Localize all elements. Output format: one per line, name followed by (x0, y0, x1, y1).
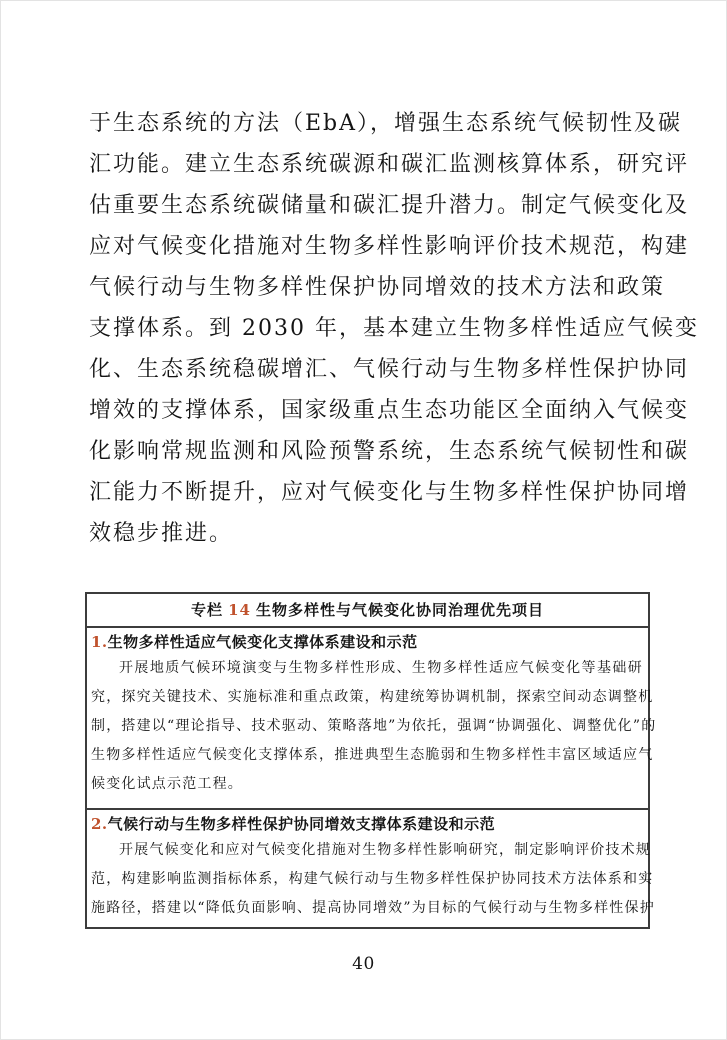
paragraph-line: 效稳步推进。 (89, 513, 652, 554)
section-1-line: 究，探究关键技术、实施标准和重点政策，构建统筹协调机制，探索空间动态调整机 (91, 683, 643, 712)
section-2-heading-text: 气候行动与生物多样性保护协同增效支撑体系建设和示范 (108, 815, 496, 833)
paragraph-line: 化影响常规监测和风险预警系统，生态系统气候韧性和碳 (89, 431, 652, 472)
box-title-prefix: 专栏 (191, 601, 223, 619)
paragraph-line: 支撑体系。到 2030 年，基本建立生物多样性适应气候变 (89, 308, 652, 349)
main-paragraph: 于生态系统的方法（EbA），增强生态系统气候韧性及碳 汇功能。建立生态系统碳源和… (89, 103, 652, 554)
section-1-line: 开展地质气候环境演变与生物多样性形成、生物多样性适应气候变化等基础研 (91, 654, 643, 683)
section-2-number: 2. (91, 815, 108, 833)
paragraph-line: 应对气候变化措施对生物多样性影响评价技术规范，构建 (89, 226, 652, 267)
paragraph-line: 汇功能。建立生态系统碳源和碳汇监测核算体系，研究评 (89, 144, 652, 185)
paragraph-line: 汇能力不断提升，应对气候变化与生物多样性保护协同增 (89, 472, 652, 513)
box-title: 专栏14生物多样性与气候变化协同治理优先项目 (87, 594, 648, 628)
page-number: 40 (1, 954, 726, 974)
section-1-line: 制，搭建以“理论指导、技术驱动、策略落地”为依托，强调“协调强化、调整优化”的 (91, 712, 643, 741)
box-section-1: 1.生物多样性适应气候变化支撑体系建设和示范 开展地质气候环境演变与生物多样性形… (87, 628, 648, 808)
section-2-line: 范，构建影响监测指标体系，构建气候行动与生物多样性保护协同技术方法体系和实 (91, 865, 643, 894)
section-2-heading: 2.气候行动与生物多样性保护协同增效支撑体系建设和示范 (91, 812, 643, 836)
section-1-line: 生物多样性适应气候变化支撑体系，推进典型生态脆弱和生物多样性丰富区域适应气 (91, 741, 643, 770)
section-1-heading: 1.生物多样性适应气候变化支撑体系建设和示范 (91, 630, 643, 654)
column-14-box: 专栏14生物多样性与气候变化协同治理优先项目 1.生物多样性适应气候变化支撑体系… (85, 592, 650, 929)
paragraph-line: 增效的支撑体系，国家级重点生态功能区全面纳入气候变 (89, 390, 652, 431)
box-title-text: 生物多样性与气候变化协同治理优先项目 (256, 601, 544, 619)
section-2-line: 开展气候变化和应对气候变化措施对生物多样性影响研究，制定影响评价技术规 (91, 836, 643, 865)
section-1-number: 1. (91, 633, 108, 651)
box-section-2: 2.气候行动与生物多样性保护协同增效支撑体系建设和示范 开展气候变化和应对气候变… (87, 808, 648, 927)
section-2-line: 施路径，搭建以“降低负面影响、提高协同增效”为目标的气候行动与生物多样性保护 (91, 894, 643, 923)
document-page: 于生态系统的方法（EbA），增强生态系统气候韧性及碳 汇功能。建立生态系统碳源和… (0, 0, 727, 1040)
paragraph-line: 化、生态系统稳碳增汇、气候行动与生物多样性保护协同 (89, 349, 652, 390)
paragraph-line: 气候行动与生物多样性保护协同增效的技术方法和政策 (89, 267, 652, 308)
section-1-heading-text: 生物多样性适应气候变化支撑体系建设和示范 (108, 633, 418, 651)
paragraph-line: 于生态系统的方法（EbA），增强生态系统气候韧性及碳 (89, 103, 652, 144)
section-1-line: 候变化试点示范工程。 (91, 770, 643, 799)
paragraph-line: 估重要生态系统碳储量和碳汇提升潜力。制定气候变化及 (89, 185, 652, 226)
box-title-number: 14 (228, 601, 251, 619)
